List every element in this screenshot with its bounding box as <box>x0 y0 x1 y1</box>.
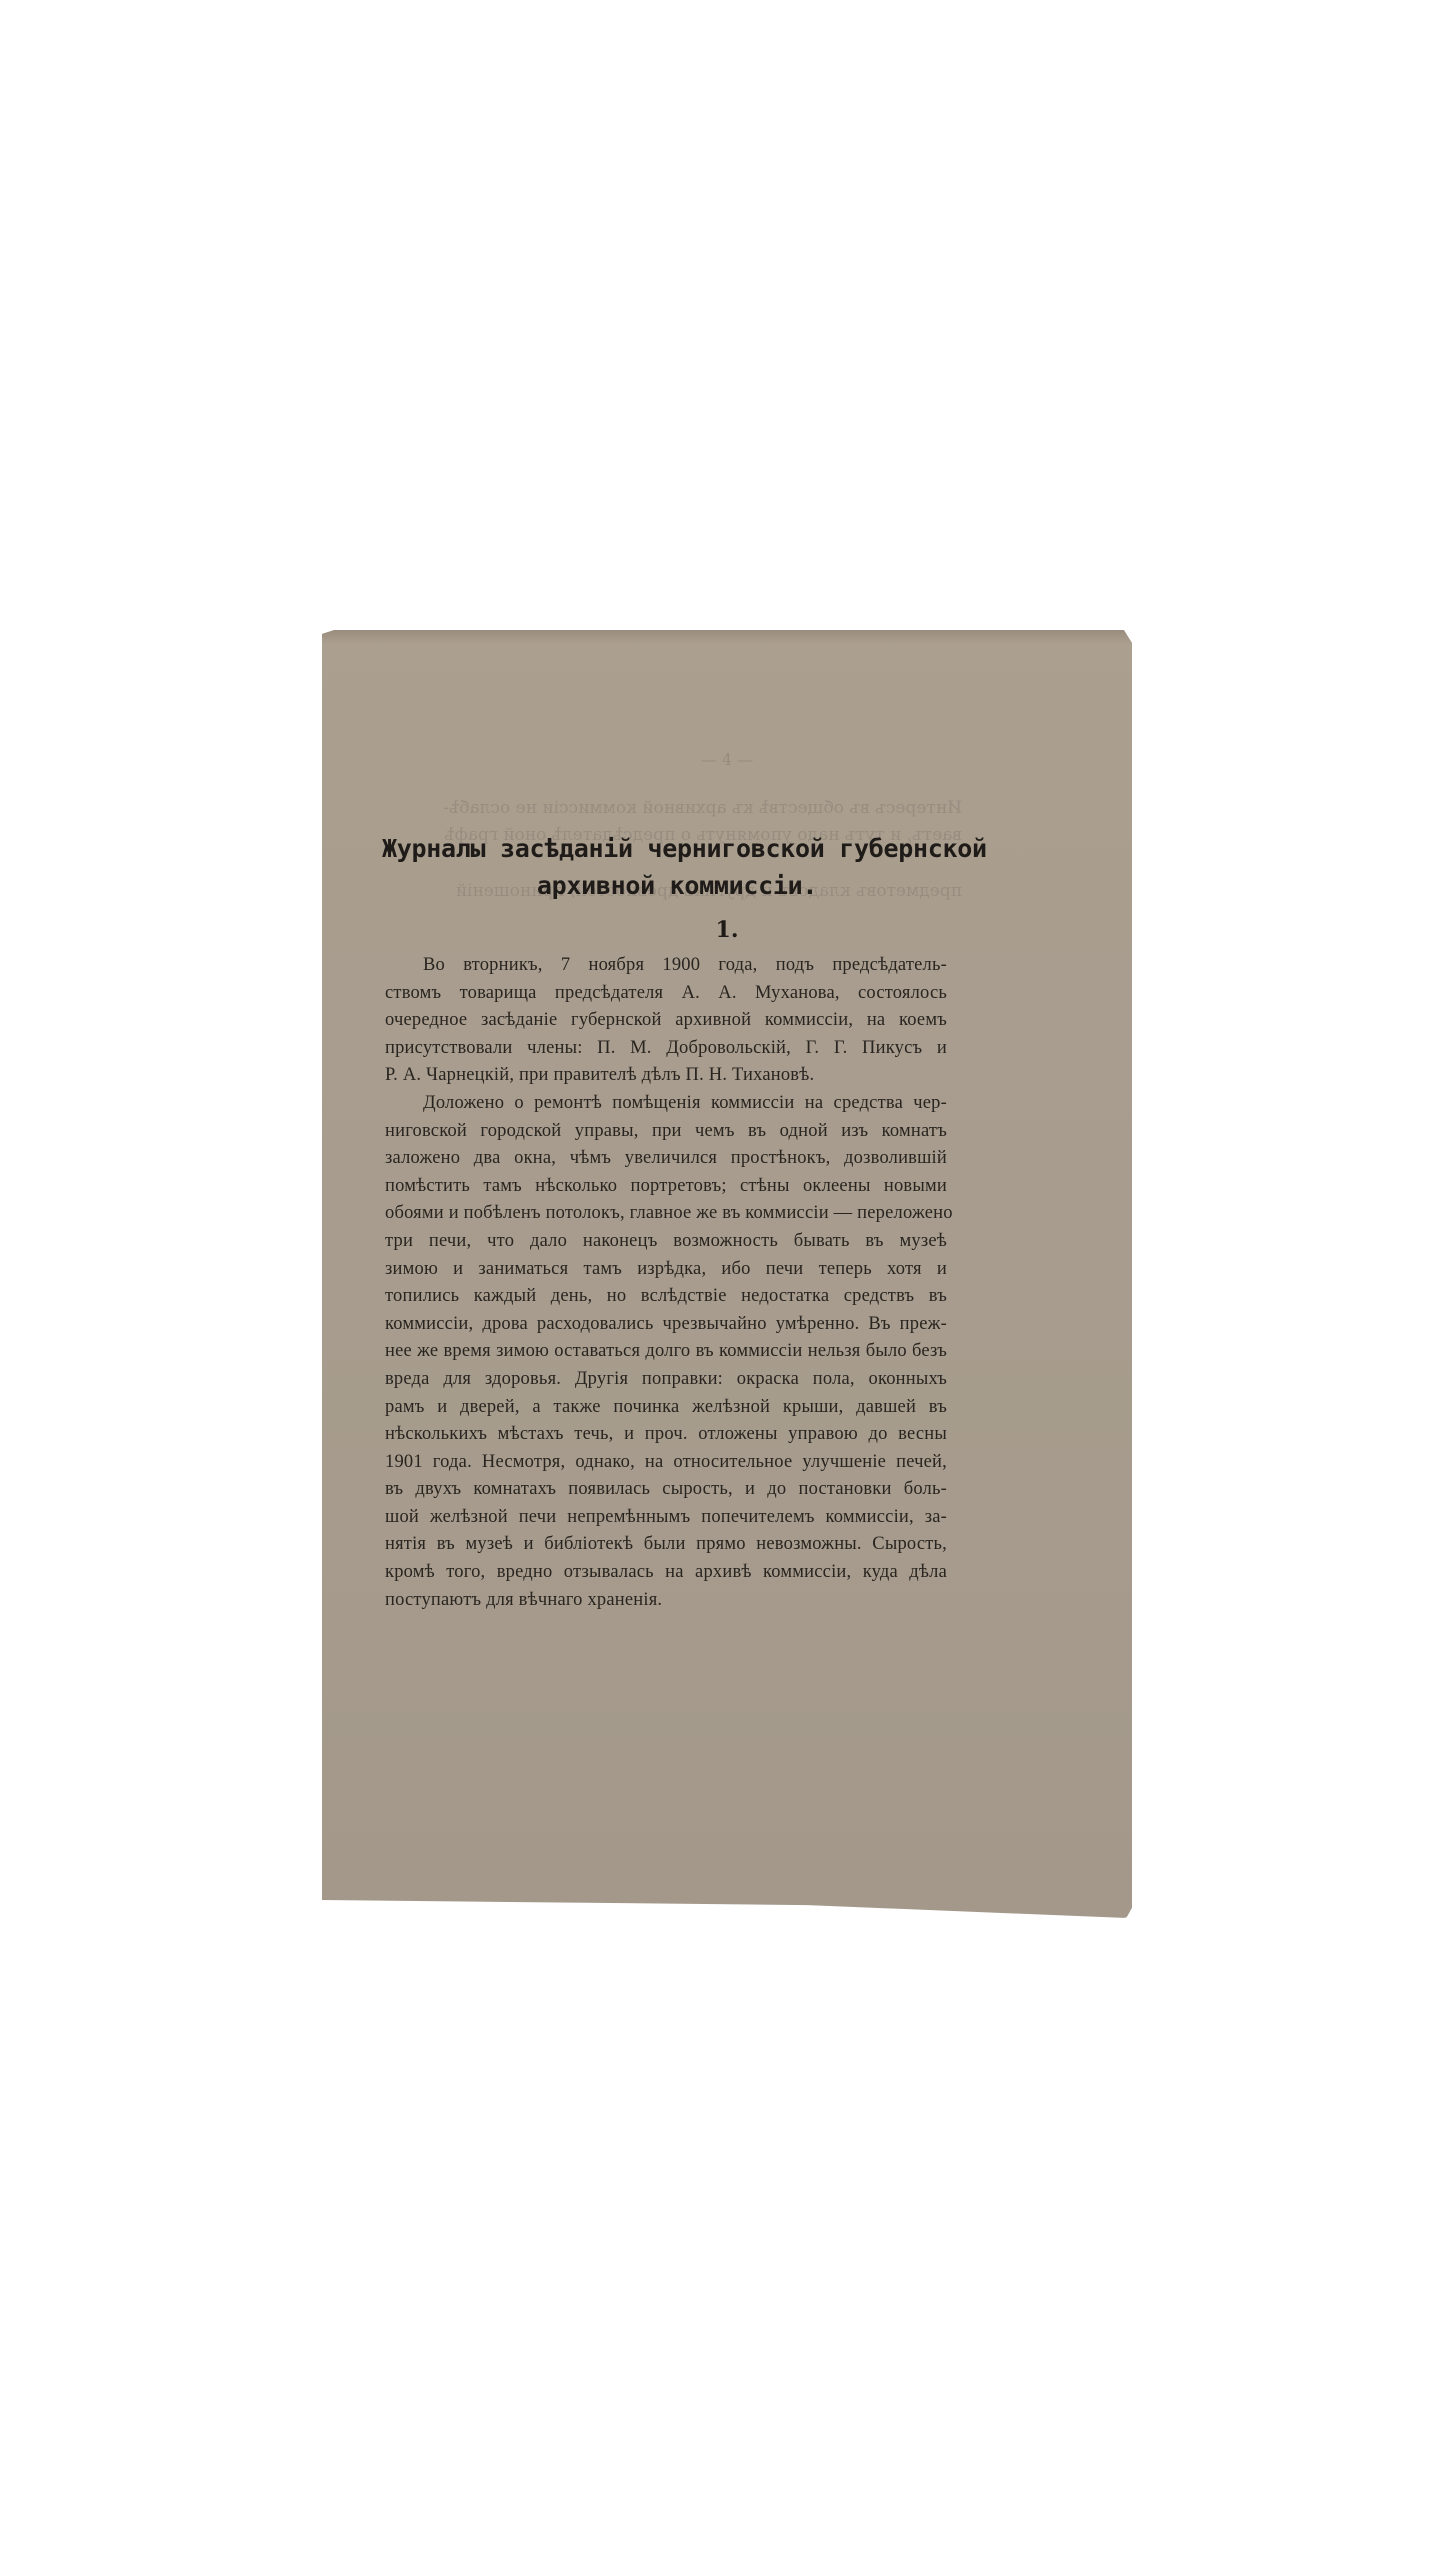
title-line-2: архивной коммиссіи. <box>382 867 972 904</box>
show-through-folio: — 4 — <box>322 750 1132 769</box>
document-title: Журналы засѣданій черниговской губернско… <box>382 830 972 904</box>
text-line: коммиссіи, дрова расходовались чрезвычай… <box>385 1311 947 1339</box>
text-line: поступаютъ для вѣчнаго храненія. <box>385 1587 947 1615</box>
document-page: — 4 — Интересъ въ обществѣ къ архивной к… <box>322 630 1132 1918</box>
text-line: ниговской городской управы, при чемъ въ … <box>385 1118 947 1146</box>
text-line: помѣстить тамъ нѣсколько портретовъ; стѣ… <box>385 1173 947 1201</box>
text-line: кромѣ того, вредно отзывалась на архивѣ … <box>385 1559 947 1587</box>
paragraph-2: Доложено о ремонтѣ помѣщенія коммиссіи н… <box>385 1090 947 1614</box>
text-line: нятія въ музеѣ и библіотекѣ были прямо н… <box>385 1531 947 1559</box>
text-line: зимою и заниматься тамъ изрѣдка, ибо печ… <box>385 1256 947 1284</box>
text-line: Во вторникъ, 7 ноября 1900 года, подъ пр… <box>385 952 947 980</box>
text-line: обоями и побѣленъ потолокъ, главное же в… <box>385 1200 947 1228</box>
text-line: очередное засѣданіе губернской архивной … <box>385 1007 947 1035</box>
text-line: заложено два окна, чѣмъ увеличился прост… <box>385 1145 947 1173</box>
text-line: нѣсколькихъ мѣстахъ течь, и проч. отложе… <box>385 1421 947 1449</box>
text-line: 1901 года. Несмотря, однако, на относите… <box>385 1449 947 1477</box>
text-line: присутствовали члены: П. М. Добровольскі… <box>385 1035 947 1063</box>
text-line: нее же время зимою оставаться долго въ к… <box>385 1338 947 1366</box>
title-line-1: Журналы засѣданій черниговской губернско… <box>382 830 972 867</box>
section-number: 1. <box>322 917 1132 943</box>
text-line: въ двухъ комнатахъ появилась сырость, и … <box>385 1476 947 1504</box>
text-line: шой желѣзной печи непремѣннымъ попечител… <box>385 1504 947 1532</box>
text-line: вреда для здоровья. Другія поправки: окр… <box>385 1366 947 1394</box>
paragraph-1: Во вторникъ, 7 ноября 1900 года, подъ пр… <box>385 952 947 1090</box>
text-line: Доложено о ремонтѣ помѣщенія коммиссіи н… <box>385 1090 947 1118</box>
text-line: рамъ и дверей, а также починка желѣзной … <box>385 1394 947 1422</box>
text-line: ствомъ товарища предсѣдателя А. А. Мухан… <box>385 980 947 1008</box>
show-through-line: Интересъ въ обществѣ къ архивной коммисс… <box>382 795 962 823</box>
text-line: Р. А. Чарнецкій, при правителѣ дѣлъ П. Н… <box>385 1062 947 1090</box>
text-line: топились каждый день, но вслѣдствіе недо… <box>385 1283 947 1311</box>
text-line: три печи, что дало наконецъ возможность … <box>385 1228 947 1256</box>
document-body: Во вторникъ, 7 ноября 1900 года, подъ пр… <box>385 952 947 1614</box>
